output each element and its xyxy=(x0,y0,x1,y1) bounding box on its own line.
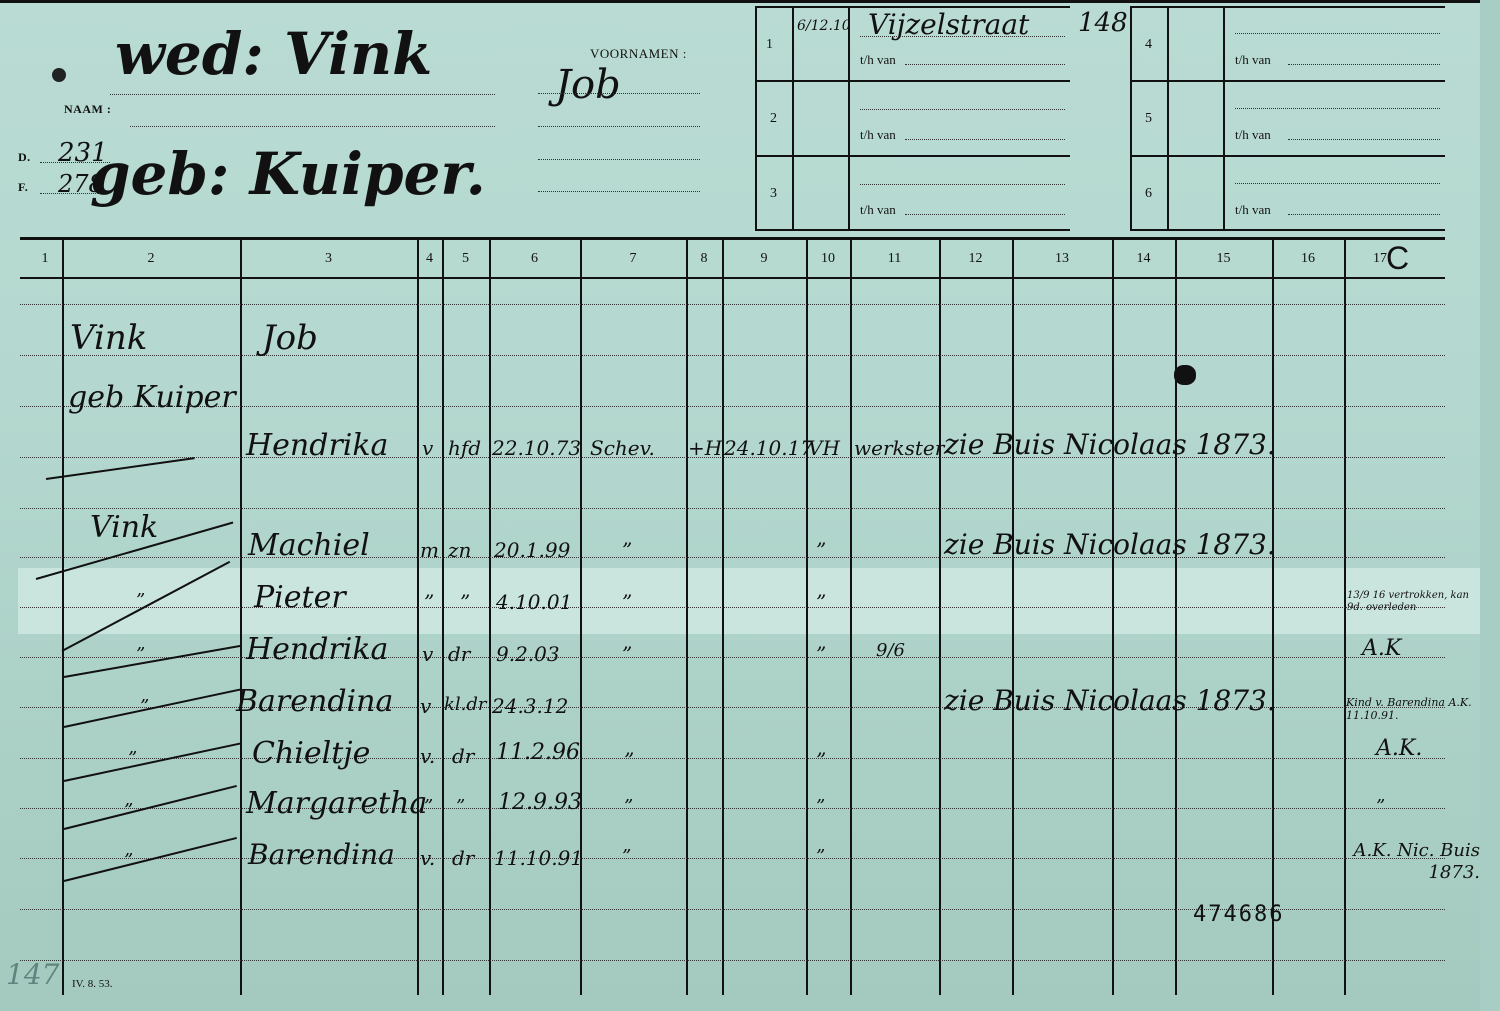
cell-relation: ” xyxy=(460,590,470,614)
col-header-2: 2 xyxy=(62,251,240,267)
cell-given: Pieter xyxy=(254,580,346,615)
naam-line-2: geb: Kuiper. xyxy=(90,140,486,208)
col-header-10: 10 xyxy=(806,251,850,267)
cell-note: zie Buis Nicolaas 1873. xyxy=(944,428,1276,461)
col-header-14: 14 xyxy=(1112,251,1175,267)
col-header-4: 4 xyxy=(417,251,442,267)
cell-sex: v. xyxy=(420,846,435,870)
cell-surname: Vink xyxy=(90,510,158,545)
cell-surname: geb Kuiper xyxy=(68,380,236,415)
thv-label-1: t/h van xyxy=(860,52,896,68)
cell-col8: +H xyxy=(688,436,722,460)
cell-col9: 24.10.17 xyxy=(724,436,813,460)
col-header-11: 11 xyxy=(850,251,939,267)
thv-label-2: t/h van xyxy=(860,127,896,143)
cell-col10: ” xyxy=(816,538,826,562)
cell-remark: A.K xyxy=(1362,636,1401,661)
stamp-number: 474686 xyxy=(1193,902,1284,927)
cell-col10: ” xyxy=(816,590,826,614)
cell-birthdate: 11.10.91 xyxy=(494,846,583,870)
cell-sex: v xyxy=(420,694,431,718)
cell-relation: dr xyxy=(452,846,474,870)
col-header-13: 13 xyxy=(1012,251,1112,267)
col-header-16: 16 xyxy=(1272,251,1344,267)
cell-sex: ” xyxy=(424,796,433,817)
cell-birthdate: 12.9.93 xyxy=(498,790,582,815)
naam-line-1: wed: Vink xyxy=(115,20,432,88)
cell-col10: ” xyxy=(816,748,826,772)
cell-relation: zn xyxy=(448,538,471,562)
registration-card: wed: Vink NAAM : geb: Kuiper. D. 231 F. … xyxy=(0,0,1480,1011)
d-value: 231 xyxy=(58,138,108,168)
cell-sex: v xyxy=(422,436,433,460)
cell-given: Hendrika xyxy=(246,428,388,463)
cell-sex: ” xyxy=(424,590,434,614)
cell-relation: ” xyxy=(456,796,465,817)
col-header-12: 12 xyxy=(939,251,1012,267)
ink-blot xyxy=(1174,365,1196,385)
cell-given: Margaretha xyxy=(246,786,427,821)
address-date-1: 6/12.10 xyxy=(797,18,851,34)
naam-label: NAAM : xyxy=(64,102,111,117)
col-header-9: 9 xyxy=(722,251,806,267)
cell-sex: m xyxy=(420,538,439,562)
cell-birthplace: ” xyxy=(622,590,632,614)
thv-label-4: t/h van xyxy=(1235,52,1271,68)
address-nr-5: 5 xyxy=(1145,111,1152,127)
cell-col10: ” xyxy=(816,796,825,817)
cell-relation: dr xyxy=(452,744,474,768)
cell-sex: v xyxy=(422,642,433,666)
address-nr-4: 4 xyxy=(1145,37,1152,53)
cell-birthplace: Schev. xyxy=(590,436,655,460)
margin-mark: 147 xyxy=(6,958,59,991)
cell-birthplace: ” xyxy=(622,642,632,666)
cell-col11: 9/6 xyxy=(876,640,905,661)
col-header-5: 5 xyxy=(442,251,489,267)
cell-birthplace: ” xyxy=(624,796,633,817)
cell-col10: ” xyxy=(816,642,826,666)
address-nr-6: 6 xyxy=(1145,186,1152,202)
cell-remark: Kind v. Barendina A.K. 11.10.91. xyxy=(1346,696,1481,722)
corner-mark: C xyxy=(1386,240,1409,277)
col-header-6: 6 xyxy=(489,251,580,267)
cell-relation: kl.dr xyxy=(444,694,487,715)
cell-surname: ” xyxy=(124,850,133,871)
cell-relation: dr xyxy=(448,642,470,666)
cell-birthdate: 22.10.73 xyxy=(492,436,581,460)
address-nr-3: 3 xyxy=(770,186,777,202)
cell-given: Barendina xyxy=(236,684,393,719)
cell-note: zie Buis Nicolaas 1873. xyxy=(944,684,1276,717)
cell-birthdate: 24.3.12 xyxy=(492,694,568,718)
cell-occupation: werkster xyxy=(854,436,944,460)
address-nr-2: 2 xyxy=(770,111,777,127)
cell-note: zie Buis Nicolaas 1873. xyxy=(944,528,1276,561)
voornamen-label: VOORNAMEN : xyxy=(590,46,687,62)
cell-surname: ” xyxy=(140,696,149,717)
col-header-8: 8 xyxy=(686,251,722,267)
cell-birthplace: ” xyxy=(622,538,632,562)
cell-birthdate: 11.2.96 xyxy=(496,740,580,765)
cell-given: Chieltje xyxy=(252,736,370,771)
address-nr-1: 1 xyxy=(766,37,773,53)
cell-birthdate: 9.2.03 xyxy=(496,642,560,666)
punch-hole xyxy=(52,68,66,82)
thv-label-6: t/h van xyxy=(1235,202,1271,218)
voornamen-value: Job xyxy=(555,62,621,108)
cell-relation: hfd xyxy=(448,436,481,460)
cell-remark: 13/9 16 vertrokken, kan 9d. overleden xyxy=(1347,590,1477,614)
cell-given: Job xyxy=(262,318,318,358)
cell-birthplace: ” xyxy=(622,846,631,867)
cell-remark: A.K. xyxy=(1376,736,1422,761)
cell-birthdate: 4.10.01 xyxy=(496,590,572,614)
cell-given: Hendrika xyxy=(246,632,388,667)
scan-highlight-band xyxy=(18,568,1480,634)
cell-sex: v. xyxy=(420,744,435,768)
form-code: IV. 8. 53. xyxy=(72,978,112,990)
cell-surname: Vink xyxy=(70,318,147,358)
thv-label-3: t/h van xyxy=(860,202,896,218)
col-header-15: 15 xyxy=(1175,251,1272,267)
cell-birthplace: ” xyxy=(624,748,634,772)
cell-remark: A.K. Nic. Buis 1873. xyxy=(1300,840,1480,884)
cell-col10: VH xyxy=(808,436,840,460)
cell-remark: ” xyxy=(1376,796,1385,817)
address-house-1: 148 xyxy=(1078,8,1128,38)
cell-birthdate: 20.1.99 xyxy=(494,538,570,562)
scan-edge xyxy=(1480,0,1500,1011)
cell-col10: ” xyxy=(816,846,825,867)
thv-label-5: t/h van xyxy=(1235,127,1271,143)
f-label: F. xyxy=(18,180,28,195)
cell-given: Barendina xyxy=(248,838,395,871)
col-header-3: 3 xyxy=(240,251,417,267)
col-header-7: 7 xyxy=(580,251,686,267)
col-header-1: 1 xyxy=(38,251,52,267)
d-label: D. xyxy=(18,150,31,165)
cell-given: Machiel xyxy=(248,528,370,563)
